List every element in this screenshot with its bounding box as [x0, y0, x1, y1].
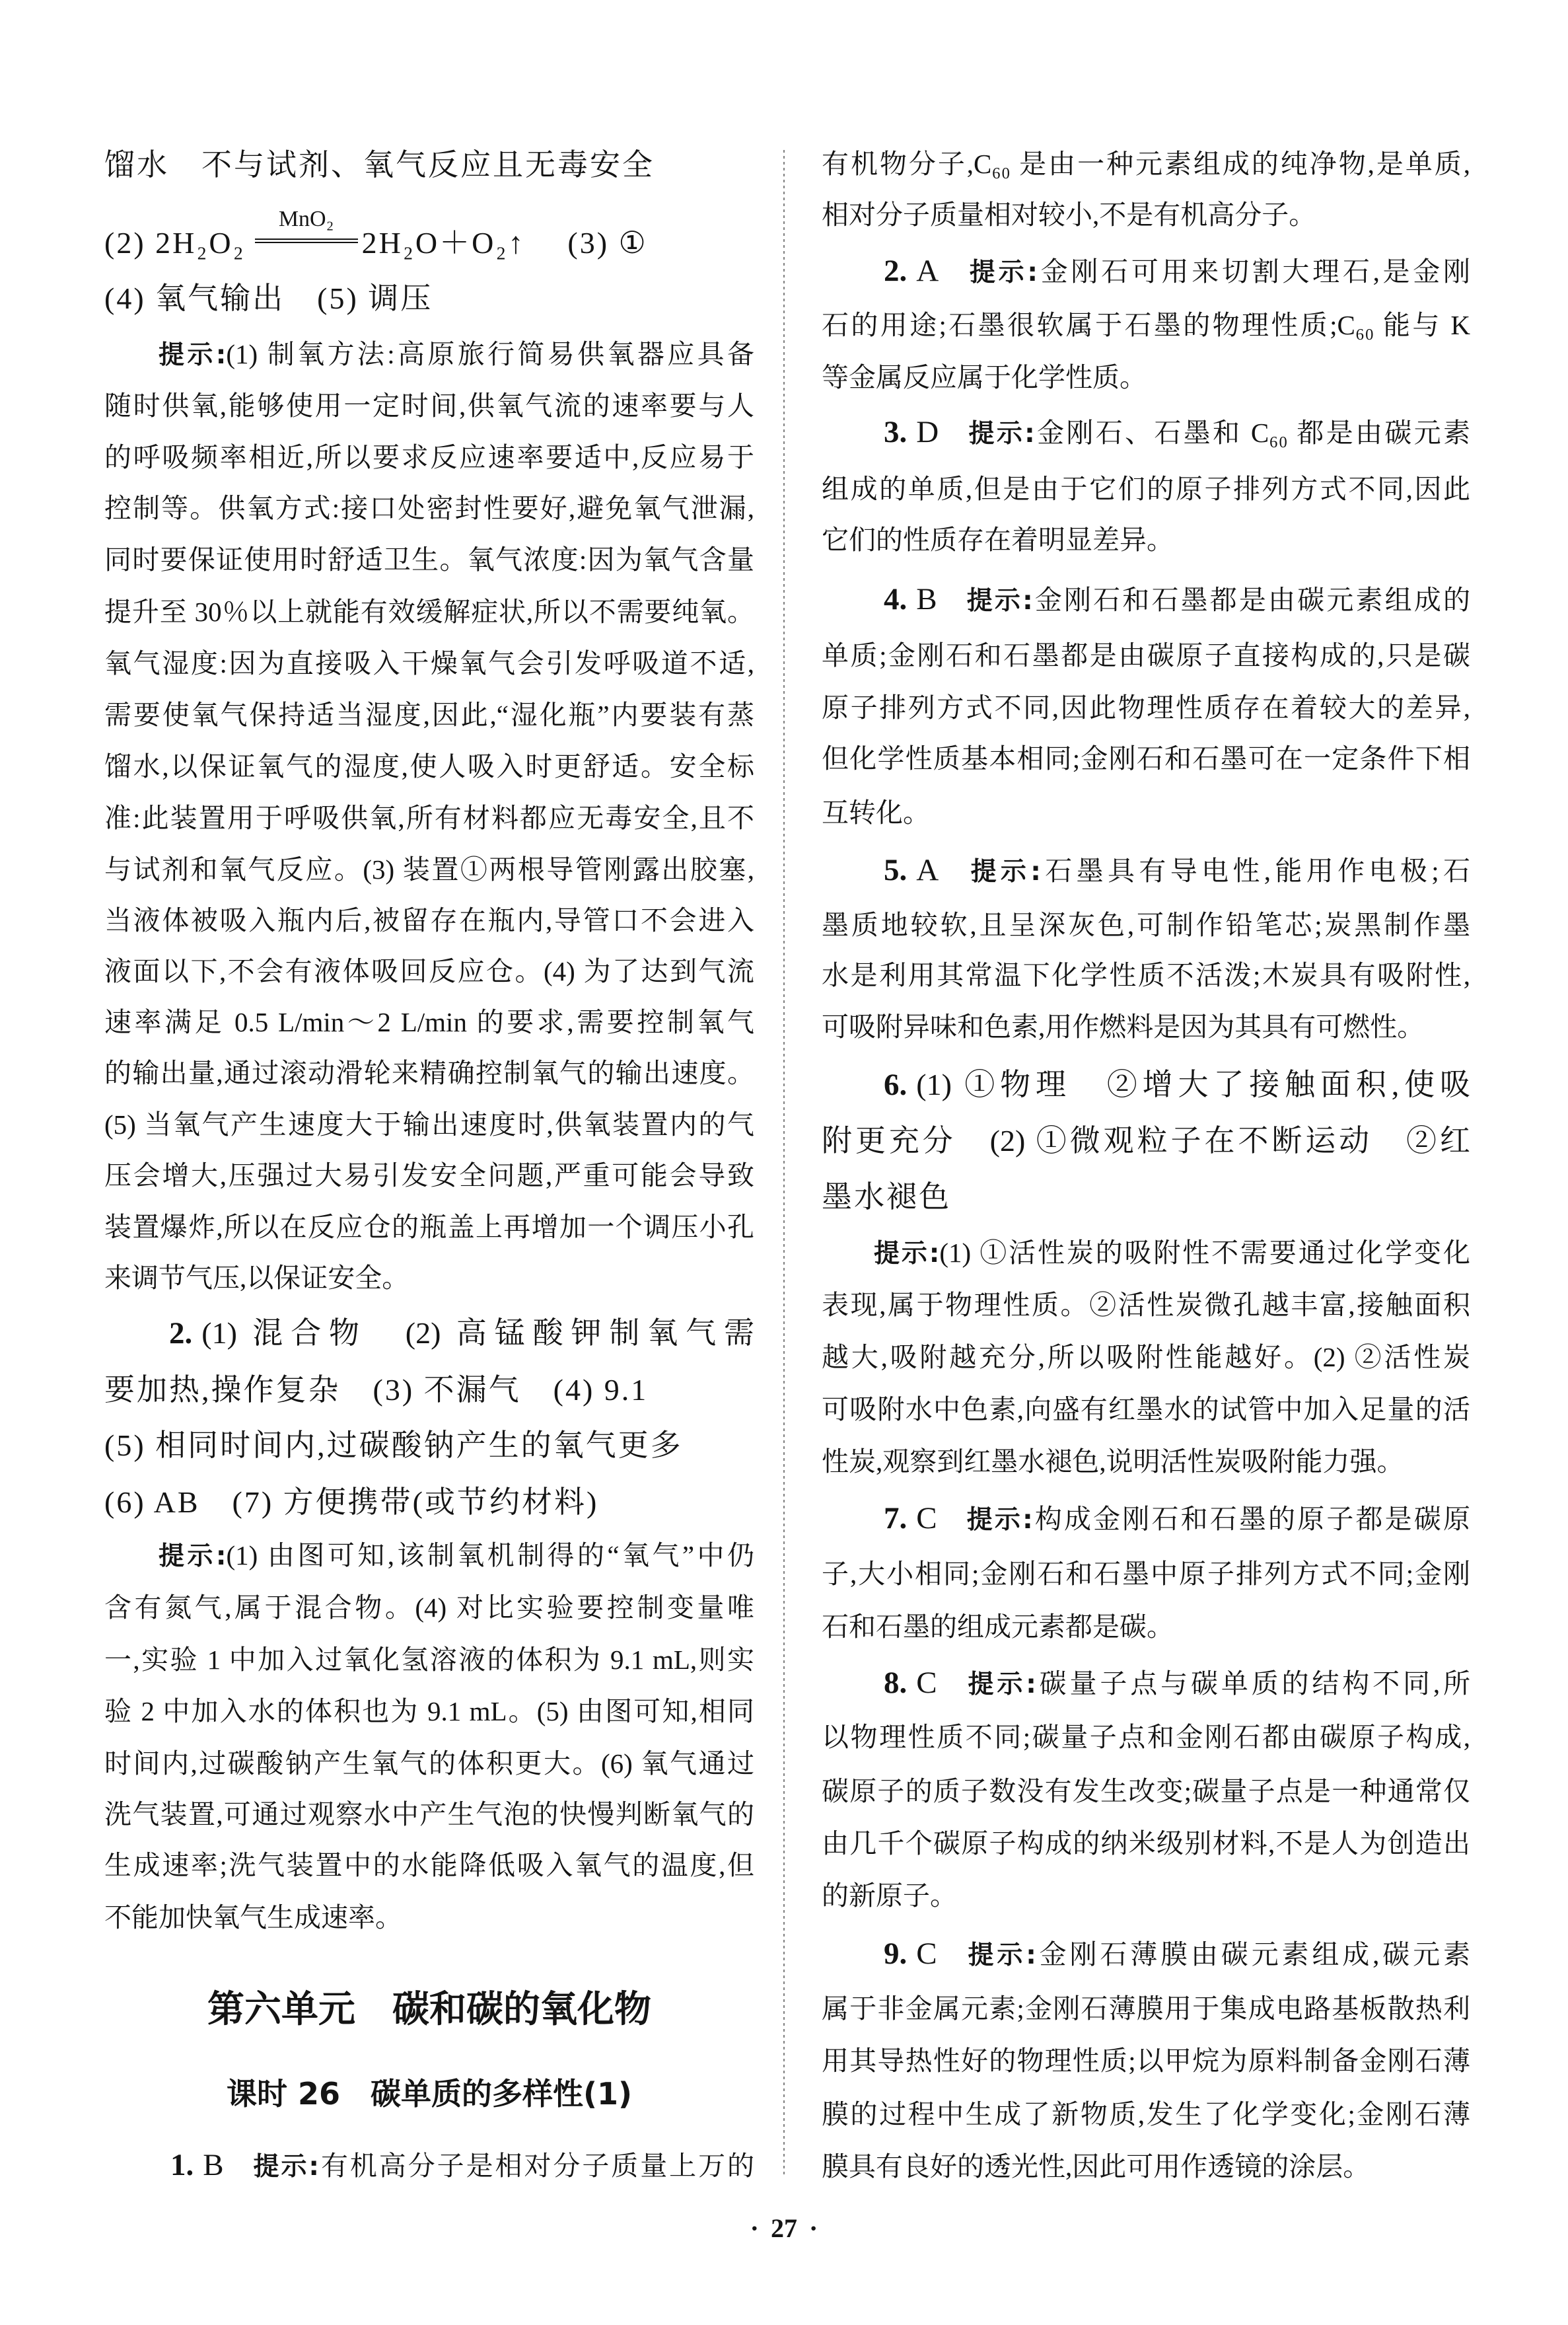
answer-text: (1) ①物理 ②增大了接触面积,使吸 — [916, 1068, 1470, 1101]
hint-line: 互转化。 — [822, 794, 1470, 831]
hint-line: 相对分子质量相对较小,不是有机高分子。 — [822, 196, 1470, 233]
hint-text: 有机高分子是相对分子质量上万的 — [319, 2151, 754, 2181]
reaction-condition: MnO₂ — [255, 222, 358, 264]
answer-line: (5) 相同时间内,过碳酸钠产生的氧气更多 — [104, 1424, 754, 1467]
item-number: 1. — [170, 2148, 194, 2182]
answer-line: 馏水 不与试剂、氧气反应且无毒安全 — [104, 144, 754, 186]
hint-line: 压会增大,压强过大易引发安全问题,严重可能会导致 — [104, 1157, 754, 1194]
item-number: 3. — [884, 415, 907, 449]
answer-line: (6) AB (7) 方便携带(或节约材料) — [104, 1481, 754, 1524]
hint-line: 原子排列方式不同,因此物理性质存在着较大的差异, — [822, 689, 1470, 726]
equation-reactants: (2) 2H₂O₂ — [104, 226, 246, 260]
hint-line: 提升至 30％以上就能有效缓解症状,所以不需要纯氧。 — [104, 593, 754, 630]
hint-text: 石墨具有导电性,能用作电极;石 — [1041, 856, 1470, 886]
hint-line: 需要使氧气保持适当湿度,因此,“湿化瓶”内要装有蒸 — [104, 696, 754, 733]
hint-line: 单质;金刚石和石墨都是由碳原子直接构成的,只是碳 — [822, 637, 1470, 674]
hint-line: 碳原子的质子数没有发生改变;碳量子点是一种通常仅 — [822, 1773, 1470, 1810]
double-line-sign — [255, 239, 358, 243]
hint-line: 馏水,以保证氧气的湿度,使人吸入时更舒适。安全标 — [104, 748, 754, 785]
hint-line: 膜的过程中生成了新物质,发生了化学变化;金刚石薄 — [822, 2096, 1470, 2133]
hint-line: 以物理性质不同;碳量子点和金刚石都由碳原子构成, — [822, 1718, 1470, 1755]
hint-label: 提示: — [159, 1541, 226, 1571]
hint-line: 含有氮气,属于混合物。(4) 对比实验要控制变量唯 — [104, 1589, 754, 1626]
unit-title: 第六单元 碳和碳的氧化物 — [104, 1986, 754, 2034]
hint-label: 提示: — [966, 258, 1038, 287]
hint-label: 提示: — [965, 1505, 1033, 1535]
question-item: 2.A提示:金刚石可用来切割大理石,是金刚 — [822, 252, 1470, 289]
hint-line: 石的用途;石墨很软属于石墨的物理性质;C₆₀ 能与 K — [822, 307, 1470, 344]
hint-line: 洗气装置,可通过观察水中产生气泡的快慢判断氧气的 — [104, 1796, 754, 1833]
question-item: 7.C提示:构成金刚石和石墨的原子都是碳原 — [822, 1500, 1470, 1537]
page-number-value: 27 — [771, 2213, 797, 2243]
hint-line: 与试剂和氧气反应。(3) 装置①两根导管刚露出胶塞, — [104, 851, 754, 888]
hint-text: (1) 制氧方法:高原旅行简易供氧器应具备 — [226, 339, 754, 369]
answer-part: (3) ① — [567, 226, 647, 260]
question-item: 5.A提示:石墨具有导电性,能用作电极;石 — [822, 852, 1470, 889]
item-number: 8. — [884, 1666, 907, 1700]
hint-line: 控制等。供氧方式:接口处密封性要好,避免氧气泄漏, — [104, 490, 754, 527]
hint-line: 当液体被吸入瓶内后,被留存在瓶内,导管口不会进入 — [104, 902, 754, 939]
answer-choice: B — [203, 2148, 223, 2182]
page-number: ·27· — [718, 2212, 850, 2245]
hint-line: 提示:(1) 制氧方法:高原旅行简易供氧器应具备 — [104, 336, 754, 373]
hint-line: (5) 当氧气产生速度大于输出速度时,供氧装置内的气 — [104, 1106, 754, 1143]
hint-line: 氧气湿度:因为直接吸入干燥氧气会引发呼吸道不适, — [104, 645, 754, 682]
hint-line: 越大,吸附越充分,所以吸附性能越好。(2) ②活性炭 — [822, 1339, 1470, 1376]
hint-label: 提示: — [966, 857, 1041, 887]
item-number: 9. — [884, 1937, 907, 1971]
hint-line: 有机物分子,C₆₀ 是由一种元素组成的纯净物,是单质, — [822, 145, 1470, 182]
hint-text: 碳量子点与碳单质的结构不同,所 — [1036, 1668, 1470, 1699]
hint-line: 可吸附异味和色素,用作燃料是因为其具有可燃性。 — [822, 1008, 1470, 1045]
hint-line: 由几千个碳原子构成的纳米级别材料,不是人为创造出 — [822, 1825, 1470, 1862]
page-number-dot-left: · — [750, 2213, 759, 2243]
answer-line: 附更充分 (2) ①微观粒子在不断运动 ②红 — [822, 1120, 1470, 1162]
answer-choice: C — [916, 1937, 937, 1971]
item-number: 4. — [884, 582, 907, 616]
answer-choice: C — [916, 1501, 937, 1535]
hint-line: 等金属反应属于化学性质。 — [822, 359, 1470, 396]
hint-line: 随时供氧,能够使用一定时间,供氧气流的速率要与人 — [104, 387, 754, 424]
hint-line: 水是利用其常温下化学性质不活泼;木炭具有吸附性, — [822, 957, 1470, 994]
hint-line: 但化学性质基本相同;金刚石和石墨可在一定条件下相 — [822, 740, 1470, 777]
answer-choice: A — [916, 853, 939, 887]
column-divider — [783, 150, 785, 2176]
hint-line: 墨质地较软,且呈深灰色,可制作铅笔芯;炭黑制作墨 — [822, 906, 1470, 943]
hint-line: 用其导热性好的物理性质;以甲烷为原料制备金刚石薄 — [822, 2042, 1470, 2079]
equation-products: 2H₂O＋O₂↑ — [362, 226, 526, 260]
hint-text: (1) ①活性炭的吸附性不需要通过化学变化 — [939, 1237, 1470, 1268]
item-number: 2. — [169, 1316, 192, 1350]
hint-line: 提示:(1) 由图可知,该制氧机制得的“氧气”中仍 — [104, 1537, 754, 1574]
hint-text: 金刚石可用来切割大理石,是金刚 — [1038, 256, 1470, 287]
hint-line: 的新原子。 — [822, 1877, 1470, 1914]
question-item: 9.C提示:金刚石薄膜由碳元素组成,碳元素 — [822, 1935, 1470, 1972]
hint-line: 生成速率;洗气装置中的水能降低吸入氧气的温度,但 — [104, 1847, 754, 1884]
hint-line: 可吸附水中色素,向盛有红墨水的试管中加入足量的活 — [822, 1391, 1470, 1428]
hint-line: 来调节气压,以保证安全。 — [104, 1259, 754, 1296]
question-item: 4.B提示:金刚石和石墨都是由碳元素组成的 — [822, 581, 1470, 618]
hint-line: 时间内,过碳酸钠产生氧气的体积更大。(6) 氧气通过 — [104, 1745, 754, 1782]
hint-line: 石和石墨的组成元素都是碳。 — [822, 1608, 1470, 1645]
hint-label: 提示: — [965, 1940, 1036, 1970]
item-number: 6. — [884, 1068, 907, 1102]
hint-line: 速率满足 0.5 L/min～2 L/min 的要求,需要控制氧气 — [104, 1004, 754, 1041]
hint-line: 属于非金属元素;金刚石薄膜用于集成电路基板散热利 — [822, 1990, 1470, 2027]
hint-line: 的输出量,通过滚动滑轮来精确控制氧气的输出速度。 — [104, 1054, 754, 1091]
hint-line: 组成的单质,但是由于它们的原子排列方式不同,因此 — [822, 470, 1470, 507]
answer-choice: C — [916, 1666, 937, 1700]
hint-text: 金刚石、石墨和 C₆₀ 都是由碳元素 — [1035, 418, 1470, 448]
answer-item: 6.(1) ①物理 ②增大了接触面积,使吸 — [822, 1064, 1470, 1106]
hint-line: 准:此装置用于呼吸供氧,所有材料都应无毒安全,且不 — [104, 799, 754, 836]
hint-line: 的呼吸频率相近,所以要求反应速率要适中,反应易于 — [104, 439, 754, 476]
hint-line: 表现,属于物理性质。②活性炭微孔越丰富,接触面积 — [822, 1286, 1470, 1323]
answer-item: 2.(1) 混合物 (2) 高锰酸钾制氧气需 — [104, 1312, 754, 1354]
answer-choice: A — [916, 254, 939, 288]
hint-line: 装置爆炸,所以在反应仓的瓶盖上再增加一个调压小孔 — [104, 1208, 754, 1245]
hint-line: 液面以下,不会有液体吸回反应仓。(4) 为了达到气流 — [104, 953, 754, 990]
hint-label: 提示: — [965, 586, 1033, 616]
chemical-equation: (2) 2H₂O₂MnO₂2H₂O＋O₂↑(3) ① — [104, 222, 754, 264]
hint-label: 提示: — [874, 1239, 939, 1269]
answer-line: 墨水褪色 — [822, 1176, 1470, 1218]
hint-text: 金刚石薄膜由碳元素组成,碳元素 — [1036, 1939, 1470, 1970]
question-item: 3.D提示:金刚石、石墨和 C₆₀ 都是由碳元素 — [822, 414, 1470, 451]
page-number-dot-right: · — [809, 2213, 818, 2243]
hint-line: 一,实验 1 中加入过氧化氢溶液的体积为 9.1 mL,则实 — [104, 1641, 754, 1678]
question-item: 8.C提示:碳量子点与碳单质的结构不同,所 — [822, 1664, 1470, 1701]
hint-text: 构成金刚石和石墨的原子都是碳原 — [1033, 1504, 1470, 1534]
item-number: 2. — [884, 254, 907, 288]
hint-line: 同时要保证使用时舒适卫生。氧气浓度:因为氧气含量 — [104, 541, 754, 578]
hint-text: (1) 由图可知,该制氧机制得的“氧气”中仍 — [226, 1540, 754, 1570]
lesson-title: 课时 26 碳单质的多样性(1) — [104, 2074, 754, 2114]
catalyst-label: MnO₂ — [255, 207, 358, 231]
question-item: 1.B提示:有机高分子是相对分子质量上万的 — [104, 2147, 754, 2184]
hint-label: 提示: — [966, 419, 1035, 449]
answer-choice: D — [916, 415, 939, 449]
hint-line: 验 2 中加入水的体积也为 9.1 mL。(5) 由图可知,相同 — [104, 1693, 754, 1730]
item-number: 7. — [884, 1501, 907, 1535]
item-number: 5. — [884, 853, 907, 887]
hint-line: 不能加快氧气生成速率。 — [104, 1899, 754, 1936]
answer-line: 要加热,操作复杂 (3) 不漏气 (4) 9.1 — [104, 1369, 754, 1411]
hint-label: 提示: — [965, 1670, 1036, 1699]
hint-line: 它们的性质存在着明显差异。 — [822, 521, 1470, 558]
hint-line: 膜具有良好的透光性,因此可用作透镜的涂层。 — [822, 2148, 1470, 2185]
hint-text: 金刚石和石墨都是由碳元素组成的 — [1033, 585, 1470, 615]
hint-line: 提示:(1) ①活性炭的吸附性不需要通过化学变化 — [822, 1234, 1470, 1271]
hint-line: 性炭,观察到红墨水褪色,说明活性炭吸附能力强。 — [822, 1443, 1470, 1480]
answer-choice: B — [916, 582, 937, 616]
hint-label: 提示: — [159, 340, 226, 370]
answer-text: (1) 混合物 (2) 高锰酸钾制氧气需 — [201, 1316, 754, 1350]
hint-label: 提示: — [252, 2152, 319, 2182]
answer-line: (4) 氧气输出 (5) 调压 — [104, 277, 754, 320]
hint-line: 子,大小相同;金刚石和石墨中原子排列方式不同;金刚 — [822, 1555, 1470, 1592]
